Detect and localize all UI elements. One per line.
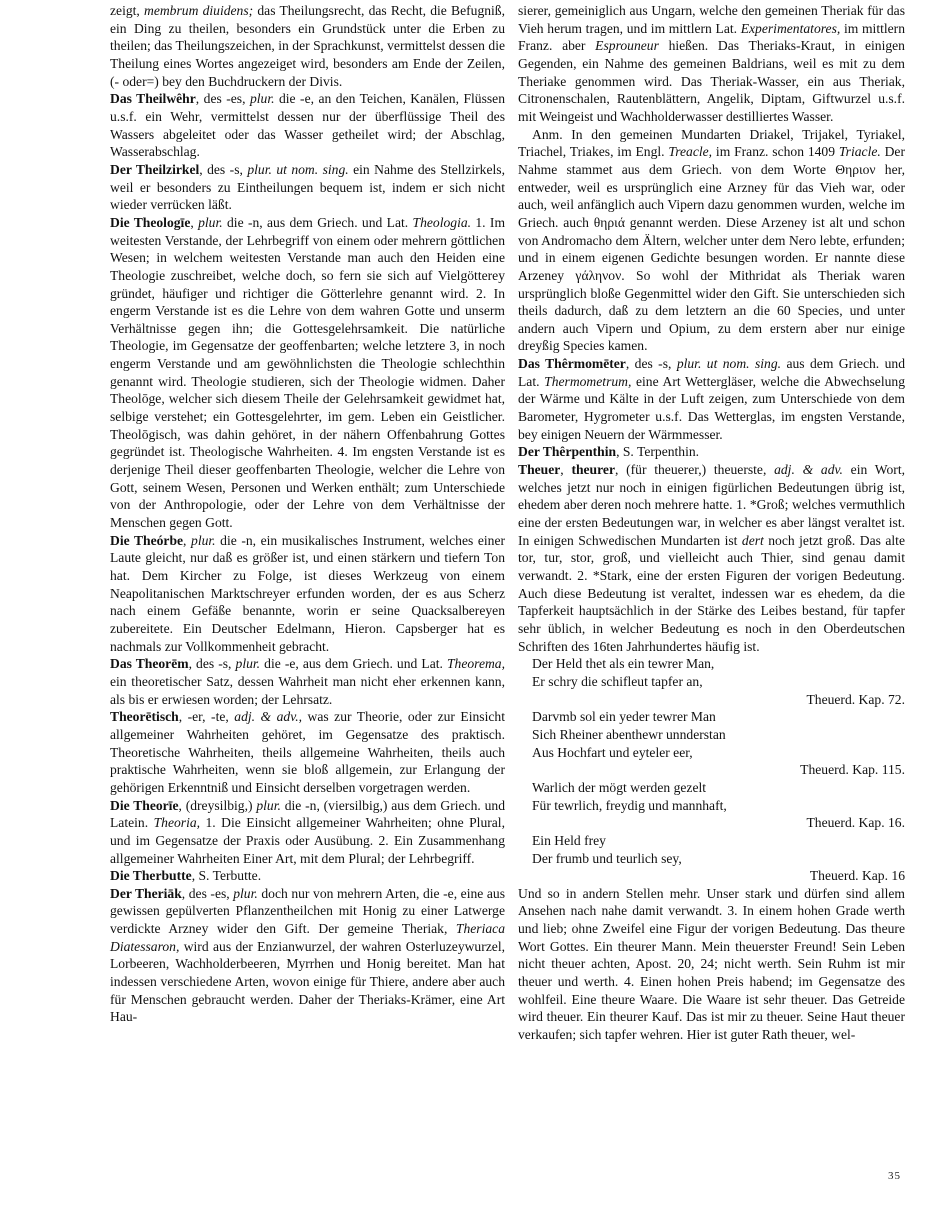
headword: Theorētisch — [110, 709, 179, 724]
entry-theuer: Theuer, theurer, (für theuerer,) theuers… — [518, 461, 905, 655]
text: , (für theuerer,) theuerste, — [615, 462, 774, 477]
headword: Das Thêrmomēter — [518, 356, 626, 371]
entry-theoretisch: Theorētisch, -er, -te, adj. & adv., was … — [110, 708, 505, 796]
italic-term: Theorema, — [447, 656, 505, 671]
right-column: sierer, gemeiniglich aus Ungarn, welche … — [518, 2, 905, 1044]
note-paragraph: Anm. In den gemeinen Mundarten Driakel, … — [518, 126, 905, 356]
italic-term: Theoria, — [154, 815, 200, 830]
grammar-abbrev: plur. ut nom. sing. — [247, 162, 348, 177]
headword: Das Theorēm — [110, 656, 189, 671]
headword: Der Thêrpenthin — [518, 444, 616, 459]
definition: die -n, ein musikalisches Instrument, we… — [110, 533, 505, 654]
verse-line: Sich Rheiner abenthewr unnderstan — [518, 726, 905, 744]
entry-thermometer: Das Thêrmomēter, des -s, plur. ut nom. s… — [518, 355, 905, 443]
italic-term: Theologia. — [413, 215, 472, 230]
entry-theologie: Die Theologīe, plur. die -n, aus dem Gri… — [110, 214, 505, 532]
grammar-abbrev: plur. — [250, 91, 275, 106]
continuation-paragraph: zeigt, membrum diuidens; das Theilungsre… — [110, 2, 505, 90]
definition: noch jetzt groß. Das alte tor, tur, stor… — [518, 533, 905, 654]
entry-therbutte: Die Therbutte, S. Terbutte. — [110, 867, 505, 885]
text: , -er, -te, — [179, 709, 235, 724]
headword-variant: theurer — [571, 462, 615, 477]
entry-theilwehr: Das Theilwêhr, des -es, plur. die -e, an… — [110, 90, 505, 161]
grammar-abbrev: plur. — [198, 215, 223, 230]
verse-line: Der frumb und teurlich sey, — [518, 850, 905, 868]
grammar-abbrev: plur. ut nom. sing. — [677, 356, 781, 371]
grammar-abbrev: adj. & adv., — [234, 709, 302, 724]
headword: Die Theorīe — [110, 798, 179, 813]
italic-term: Experimentatores, — [741, 21, 841, 36]
cross-reference: , S. Terbutte. — [192, 868, 261, 883]
text: , (dreysilbig,) — [179, 798, 257, 813]
entry-theriak: Der Theriāk, des -es, plur. doch nur von… — [110, 885, 505, 1026]
grammar-abbrev: plur. — [256, 798, 281, 813]
italic-term: dert — [742, 533, 764, 548]
verse-source: Theuerd. Kap. 72. — [518, 691, 905, 709]
text: , des -s, — [626, 356, 677, 371]
text: , des -s, — [189, 656, 236, 671]
verse-line: Ein Held frey — [518, 832, 905, 850]
verse-line: Warlich der mögt werden gezelt — [518, 779, 905, 797]
verse-quote-3: Warlich der mögt werden gezelt Für tewrl… — [518, 779, 905, 832]
italic-term: Esprouneur — [595, 38, 659, 53]
definition: ein theoretischer Satz, dessen Wahrheit … — [110, 674, 505, 707]
continuation-paragraph: sierer, gemeiniglich aus Ungarn, welche … — [518, 2, 905, 126]
verse-quote-2: Darvmb sol ein yeder tewrer Man Sich Rhe… — [518, 708, 905, 779]
grammar-abbrev: plur. — [236, 656, 261, 671]
cross-reference: , S. Terpenthin. — [616, 444, 699, 459]
entry-theorem: Das Theorēm, des -s, plur. die -e, aus d… — [110, 655, 505, 708]
left-column: zeigt, membrum diuidens; das Theilungsre… — [110, 2, 505, 1026]
entry-theorbe: Die Theórbe, plur. die -n, ein musikalis… — [110, 532, 505, 656]
italic-term: membrum diuidens; — [144, 3, 253, 18]
italic-term: Thermometrum, — [544, 374, 631, 389]
text: , des -es, — [182, 886, 233, 901]
text: , des -es, — [196, 91, 250, 106]
headword: Der Theriāk — [110, 886, 182, 901]
headword: Die Therbutte — [110, 868, 192, 883]
text: , — [190, 215, 198, 230]
grammar-abbrev: plur. — [233, 886, 258, 901]
italic-term: Triacle. — [839, 144, 881, 159]
grammar-abbrev: plur. — [191, 533, 216, 548]
closing-paragraph: Und so in andern Stellen mehr. Unser sta… — [518, 885, 905, 1044]
text: , des -s, — [199, 162, 247, 177]
verse-source: Theuerd. Kap. 16 — [518, 867, 905, 885]
page-number: 35 — [888, 1170, 901, 1182]
headword: Die Theórbe — [110, 533, 183, 548]
verse-line: Darvmb sol ein yeder tewrer Man — [518, 708, 905, 726]
definition: 1. Im weitesten Verstande, der Lehrbegri… — [110, 215, 505, 530]
entry-therpenthin: Der Thêrpenthin, S. Terpenthin. — [518, 443, 905, 461]
verse-source: Theuerd. Kap. 16. — [518, 814, 905, 832]
entry-theorie: Die Theorīe, (dreysilbig,) plur. die -n,… — [110, 797, 505, 868]
verse-line: Aus Hochfart und eyteler eer, — [518, 744, 905, 762]
verse-line: Er schry die schifleut tapfer an, — [518, 673, 905, 691]
comma: , — [560, 462, 571, 477]
verse-quote-1: Der Held thet als ein tewrer Man, Er sch… — [518, 655, 905, 708]
headword: Das Theilwêhr — [110, 91, 196, 106]
verse-source: Theuerd. Kap. 115. — [518, 761, 905, 779]
text: Der Nahme stammet aus dem Griech. von de… — [518, 144, 905, 353]
text: im Franz. schon 1409 — [712, 144, 839, 159]
text: , — [183, 533, 191, 548]
headword: Der Theilzirkel — [110, 162, 199, 177]
entry-theilzirkel: Der Theilzirkel, des -s, plur. ut nom. s… — [110, 161, 505, 214]
verse-quote-4: Ein Held frey Der frumb und teurlich sey… — [518, 832, 905, 885]
headword: Die Theologīe — [110, 215, 190, 230]
grammar-abbrev: adj. & adv. — [774, 462, 843, 477]
headword: Theuer — [518, 462, 560, 477]
text: die -n, aus dem Griech. und Lat. — [223, 215, 413, 230]
text: zeigt, — [110, 3, 144, 18]
italic-term: Treacle, — [668, 144, 712, 159]
verse-line: Der Held thet als ein tewrer Man, — [518, 655, 905, 673]
verse-line: Für tewrlich, freydig und mannhaft, — [518, 797, 905, 815]
text: die -e, aus dem Griech. und Lat. — [260, 656, 447, 671]
